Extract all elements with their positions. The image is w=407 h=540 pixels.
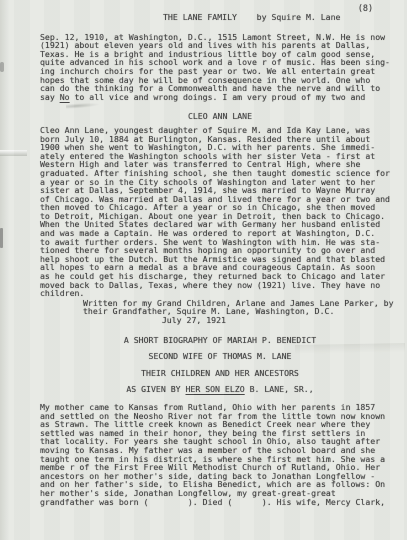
text-line: moved back to Dallas, Texas, where they … (40, 281, 400, 290)
text-line: children. (40, 289, 400, 298)
typewritten-content: THE LANE FAMILY by Squire M. Lane Sep. 1… (40, 0, 400, 506)
heading-second-wife: SECOND WIFE OF THOMAS M. LANE (40, 352, 400, 361)
underlined-text: HER SON ELZO (185, 384, 244, 394)
paragraph-mariah-benedict: My mother came to Kansas from Rutland, O… (40, 403, 400, 506)
document-page: (8) THE LANE FAMILY by Squire M. Lane Se… (0, 0, 407, 540)
heading-as-given-by: AS GIVEN BY HER SON ELZO B. LANE, SR., (40, 385, 400, 394)
text-line: July 27, 1921 (83, 316, 400, 325)
paragraph-cleo-ann-lane: Cleo Ann Lane, youngest daughter of Squi… (40, 126, 400, 298)
scan-streak-artifact (0, 150, 27, 156)
attribution-block: Written for my Grand Children, Arlane an… (83, 299, 400, 325)
section-heading-cleo-ann-lane: CLEO ANN LANE (40, 112, 400, 121)
text-line: AS GIVEN BY HER SON ELZO B. LANE, SR., (40, 385, 400, 394)
heading-biography-mariah-benedict: A SHORT BIOGRAPHY OF MARIAH P. BENEDICT (40, 336, 400, 345)
document-title: THE LANE FAMILY by Squire M. Lane (163, 13, 400, 22)
text-line: say No to all vice and wrong doings. I a… (40, 93, 400, 102)
text-line: grandfather was born ( ). Died ( ). His … (40, 498, 400, 507)
scan-edge-mark-small (0, 62, 4, 72)
underlined-text: No (60, 92, 70, 102)
heading-their-children: THEIR CHILDREN AND HER ANCESTORS (40, 369, 400, 378)
paragraph-james-lane: Sep. 12, 1910, at Washington, D.C., 1515… (40, 33, 400, 102)
scan-edge-mark (0, 228, 3, 248)
